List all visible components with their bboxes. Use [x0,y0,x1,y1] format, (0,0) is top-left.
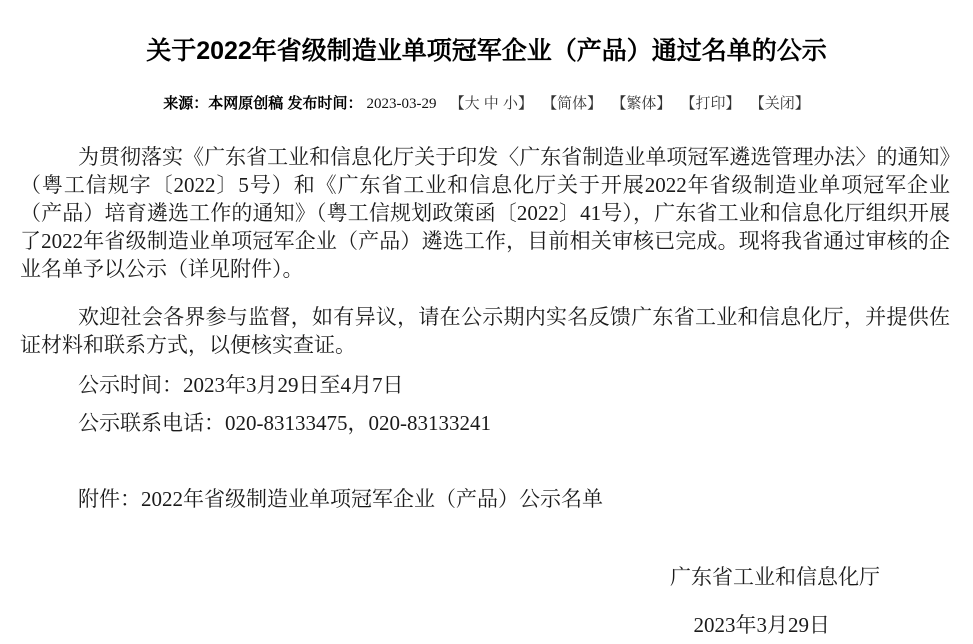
announcement-page: 关于2022年省级制造业单项冠军企业（产品）通过名单的公示 来源：本网原创稿 发… [0,0,973,644]
close-button[interactable]: 【关闭】 [750,95,810,112]
print-button[interactable]: 【打印】 [681,95,741,112]
issuer-name: 广东省工业和信息化厅 [20,563,950,591]
paragraph-2: 欢迎社会各界参与监督，如有异议，请在公示期内实名反馈广东省工业和信息化厅，并提供… [20,303,950,359]
attachment-link[interactable]: 附件：2022年省级制造业单项冠军企业（产品）公示名单 [20,485,950,513]
signature-block: 广东省工业和信息化厅 2023年3月29日 [20,563,950,639]
document-body: 为贯彻落实《广东省工业和信息化厅关于印发〈广东省制造业单项冠军遴选管理办法〉的通… [0,143,973,639]
publish-date: 2023-03-29 [366,96,436,112]
simplified-button[interactable]: 【简体】 [542,95,602,112]
source-value: 本网原创稿 [208,95,283,112]
page-title: 关于2022年省级制造业单项冠军企业（产品）通过名单的公示 [0,36,973,66]
paragraph-1: 为贯彻落实《广东省工业和信息化厅关于印发〈广东省制造业单项冠军遴选管理办法〉的通… [20,143,950,283]
traditional-button[interactable]: 【繁体】 [611,95,671,112]
contact-phone: 公示联系电话：020-83133475，020-83133241 [20,409,950,437]
publicity-period: 公示时间：2023年3月29日至4月7日 [20,371,950,399]
font-size-control[interactable]: 【大 中 小】 [450,95,533,112]
signature-date: 2023年3月29日 [20,611,950,639]
publish-time-label: 发布时间： [287,95,362,112]
meta-bar: 来源：本网原创稿 发布时间：2023-03-29 【大 中 小】 【简体】 【繁… [0,94,973,114]
source-label: 来源： [163,95,208,112]
